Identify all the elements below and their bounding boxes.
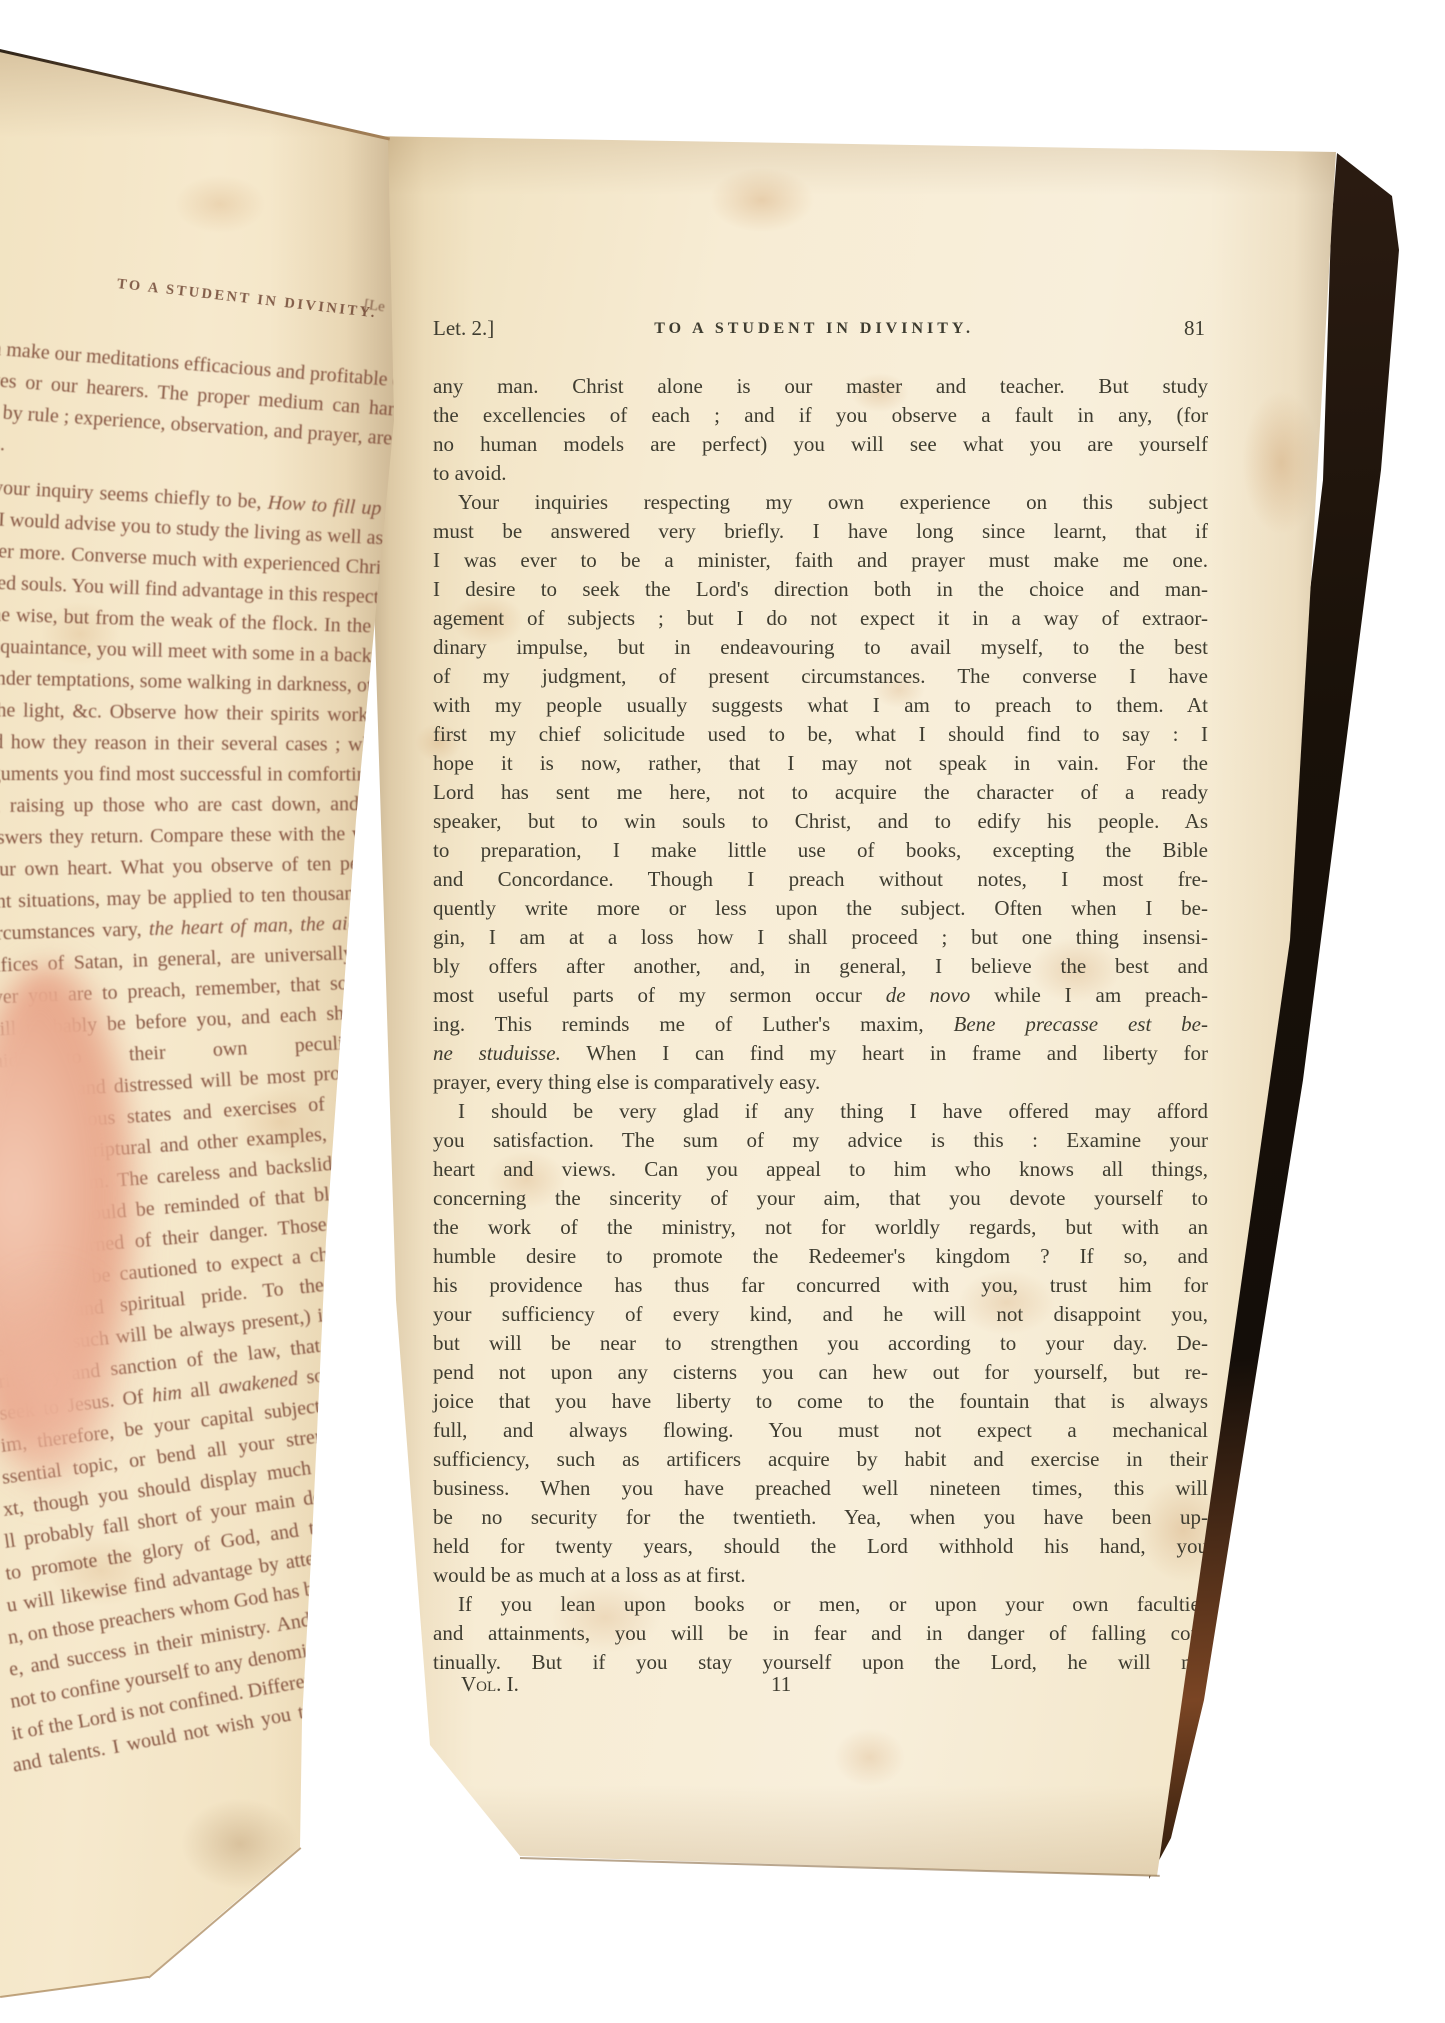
text-line: and Concordance. Though I preach without… (433, 865, 1208, 894)
right-page-body: any man. Christ alone is our master and … (433, 372, 1208, 1677)
text-line: sufficiency, such as artificers acquire … (433, 1445, 1208, 1474)
paragraph: Your inquiries respecting my own experie… (433, 488, 1208, 1097)
running-title: TO A STUDENT IN DIVINITY. (654, 320, 974, 338)
text-line: ing. This reminds me of Luther's maxim, … (433, 1010, 1208, 1039)
text-line: of my judgment, of present circumstances… (433, 662, 1208, 691)
text-line: to preparation, I make little use of boo… (433, 836, 1208, 865)
text-line: be no security for the twentieth. Yea, w… (433, 1503, 1208, 1532)
text-line: I desire to seek the Lord's direction bo… (433, 575, 1208, 604)
text-line: bly offers after another, and, in genera… (433, 952, 1208, 981)
left-running-title: TO A STUDENT IN DIVINITY. (116, 276, 378, 323)
text-line: full, and always flowing. You must not e… (433, 1416, 1208, 1445)
text-line: arguments you find most successful in co… (0, 758, 436, 791)
text-line: the excellencies of each ; and if you ob… (433, 401, 1208, 430)
text-line: any man. Christ alone is our master and … (433, 372, 1208, 401)
text-line: answers they return. Compare these with … (0, 817, 438, 854)
book-photo: Let. 2.] TO A STUDENT IN DIVINITY. 81 an… (0, 0, 1445, 2023)
page-number: 81 (1184, 316, 1205, 341)
text-line: If you lean upon books or men, or upon y… (433, 1590, 1208, 1619)
text-line: quently write more or less upon the subj… (433, 894, 1208, 923)
text-line: Your inquiries respecting my own experie… (433, 488, 1208, 517)
text-line: and how they reason in their several cas… (0, 726, 435, 761)
text-line: with my people usually suggests what I a… (433, 691, 1208, 720)
text-line: most useful parts of my sermon occur de … (433, 981, 1208, 1010)
text-line: Lord has sent me here, not to acquire th… (433, 778, 1208, 807)
text-line: must be answered very briefly. I have lo… (433, 517, 1208, 546)
text-line: pend not upon any cisterns you can hew o… (433, 1358, 1208, 1387)
right-page-footer: Vol. I. 11 (433, 1672, 1208, 1702)
text-line: I was ever to be a minister, faith and p… (433, 546, 1208, 575)
volume-label: Vol. I. (461, 1672, 519, 1697)
left-header-bracket: [Le (363, 297, 386, 317)
text-line: hope it is now, rather, that I may not s… (433, 749, 1208, 778)
text-line: heart and views. Can you appeal to him w… (433, 1155, 1208, 1184)
text-line: dinary impulse, but in endeavouring to a… (433, 633, 1208, 662)
paragraph: I should be very glad if any thing I hav… (433, 1097, 1208, 1590)
text-line: your sufficiency of every kind, and he w… (433, 1300, 1208, 1329)
paragraph: any man. Christ alone is our master and … (433, 372, 1208, 488)
text-line: ed, raising up those who are cast down, … (0, 788, 437, 822)
text-line: humble desire to promote the Redeemer's … (433, 1242, 1208, 1271)
text-line: you satisfaction. The sum of my advice i… (433, 1126, 1208, 1155)
text-line: concerning the sincerity of your aim, th… (433, 1184, 1208, 1213)
signature-mark: 11 (771, 1672, 791, 1697)
text-line: but will be near to strengthen you accor… (433, 1329, 1208, 1358)
header-letter-number: Let. 2.] (433, 316, 494, 341)
right-page-header: Let. 2.] TO A STUDENT IN DIVINITY. 81 (433, 316, 1208, 346)
paragraph: If you lean upon books or men, or upon y… (433, 1590, 1208, 1677)
text-line: gin, I am at a loss how I shall proceed … (433, 923, 1208, 952)
text-line: first my chief solicitude used to be, wh… (433, 720, 1208, 749)
text-line: would be as much at a loss as at first. (433, 1561, 1208, 1590)
text-line: agement of subjects ; but I do not expec… (433, 604, 1208, 633)
text-line: held for twenty years, should the Lord w… (433, 1532, 1208, 1561)
text-line: I should be very glad if any thing I hav… (433, 1097, 1208, 1126)
text-line: his providence has thus far concurred wi… (433, 1271, 1208, 1300)
text-line: ne studuisse. When I can find my heart i… (433, 1039, 1208, 1068)
text-line: joice that you have liberty to come to t… (433, 1387, 1208, 1416)
text-line: the work of the ministry, not for worldl… (433, 1213, 1208, 1242)
text-line: and attainments, you will be in fear and… (433, 1619, 1208, 1648)
text-line: no human models are perfect) you will se… (433, 430, 1208, 459)
text-line: prayer, every thing else is comparativel… (433, 1068, 1208, 1097)
text-line: speaker, but to win souls to Christ, and… (433, 807, 1208, 836)
text-line: business. When you have preached well ni… (433, 1474, 1208, 1503)
right-page: Let. 2.] TO A STUDENT IN DIVINITY. 81 an… (360, 130, 1340, 1880)
text-line: to avoid. (433, 459, 1208, 488)
